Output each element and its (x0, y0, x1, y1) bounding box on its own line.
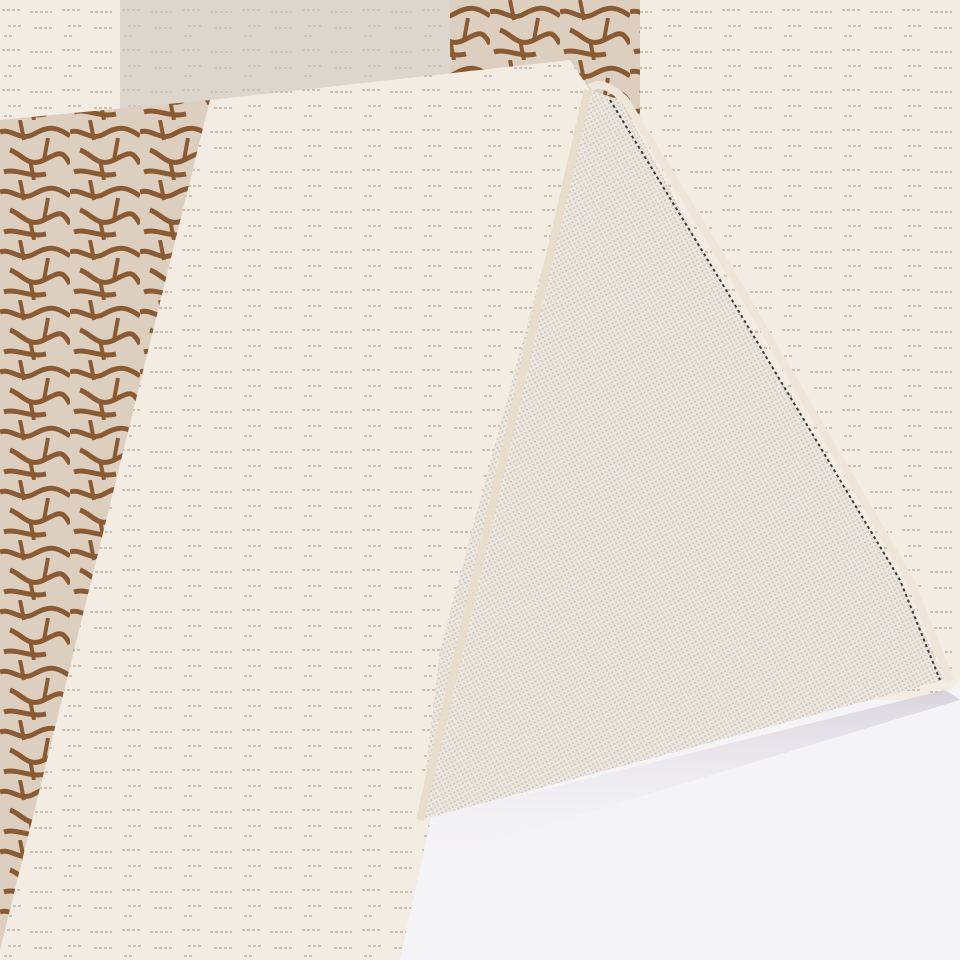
rug-illustration (0, 0, 960, 960)
rug-photo (0, 0, 960, 960)
